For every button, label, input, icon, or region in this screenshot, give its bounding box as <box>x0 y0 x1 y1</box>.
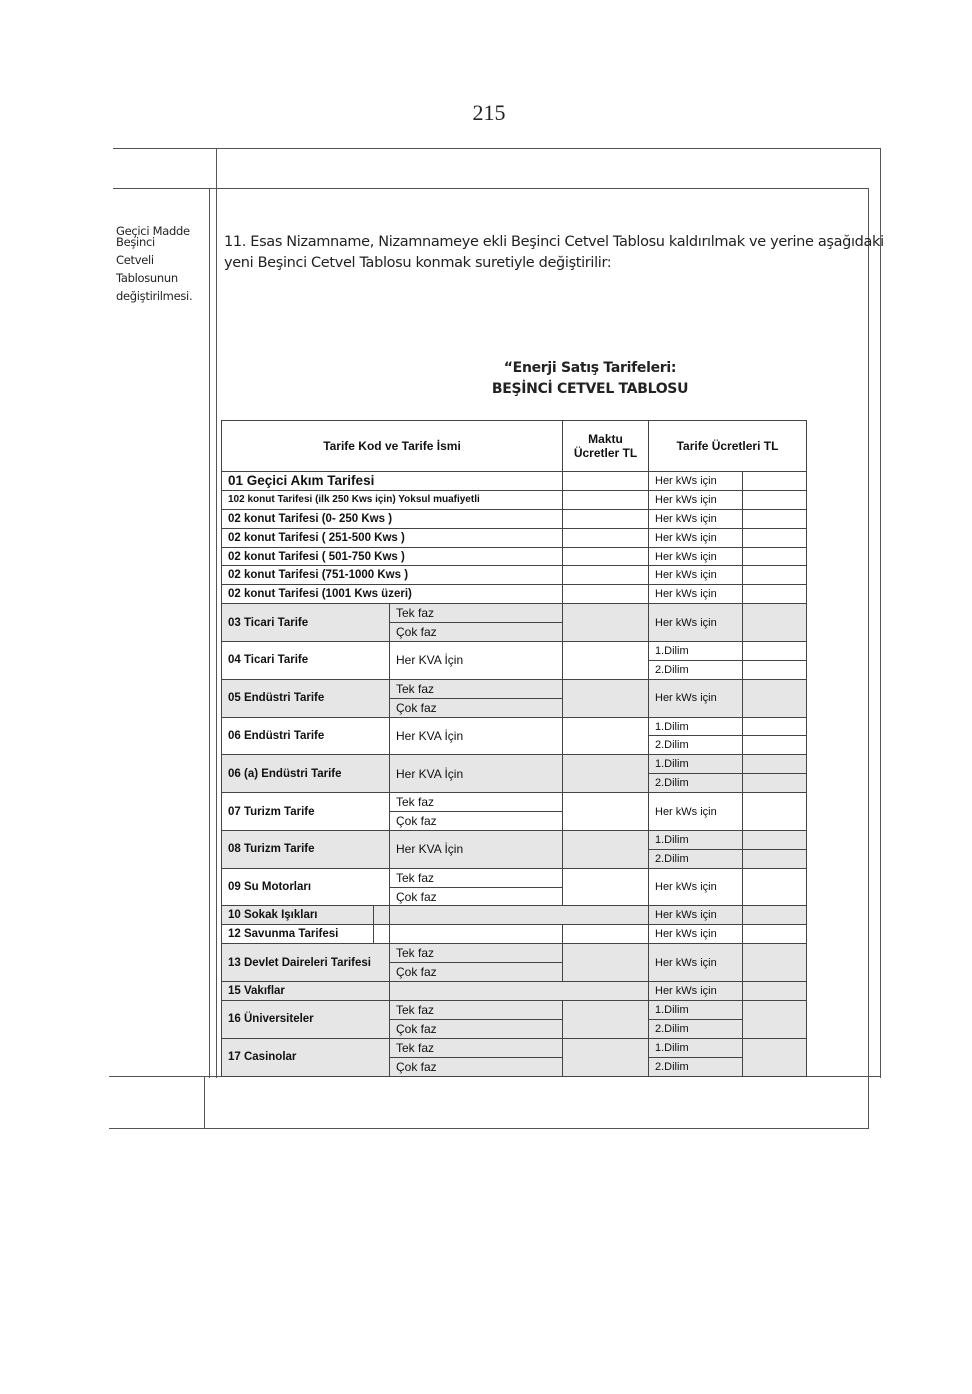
fixed-fee-cell <box>563 566 649 585</box>
empty-cell <box>390 925 563 944</box>
table-row: 03 Ticari Tarife Tek faz Her kWs için <box>222 604 807 623</box>
fee-value-cell <box>743 547 807 566</box>
fee-value-cell <box>743 906 807 925</box>
unit-label: Her kWs için <box>649 793 743 831</box>
fee-value-cell <box>743 849 807 868</box>
unit-label: Her kWs için <box>649 528 743 547</box>
unit-label: Her kWs için <box>649 982 743 1001</box>
phase-label: Çok faz <box>390 812 563 831</box>
tariff-name: 17 Casinolar <box>222 1038 390 1076</box>
phase-label: Çok faz <box>390 698 563 717</box>
unit-label: Her kWs için <box>649 472 743 491</box>
phase-label: Çok faz <box>390 963 563 982</box>
table-row: 06 Endüstri Tarife Her KVA İçin 1.Dilim <box>222 717 807 736</box>
phase-label: Tek faz <box>390 793 563 812</box>
per-kva-label: Her KVA İçin <box>390 642 563 680</box>
table-row: 04 Ticari Tarife Her KVA İçin 1.Dilim <box>222 642 807 661</box>
fee-value-cell <box>743 793 807 831</box>
frame-line-second <box>113 188 869 189</box>
table-row: 15 Vakıflar Her kWs için <box>222 982 807 1001</box>
phase-label: Tek faz <box>390 944 563 963</box>
tier-label: 2.Dilim <box>649 736 743 755</box>
phase-label: Tek faz <box>390 679 563 698</box>
fixed-fee-cell <box>563 1000 649 1038</box>
tier-label: 1.Dilim <box>649 1038 743 1057</box>
tariff-name: 16 Üniversiteler <box>222 1000 390 1038</box>
fee-value-cell <box>743 717 807 736</box>
fee-value-cell <box>743 585 807 604</box>
fixed-fee-cell <box>563 755 649 793</box>
tariff-name: 01 Geçici Akım Tarifesi <box>222 472 563 491</box>
empty-cell <box>374 906 390 925</box>
fixed-fee-cell <box>563 925 649 944</box>
tariff-name: 15 Vakıflar <box>222 982 390 1001</box>
frame-line-left-inner <box>209 188 210 1078</box>
fee-value-cell <box>743 982 807 1001</box>
fee-value-cell <box>743 925 807 944</box>
fixed-fee-cell <box>563 944 649 982</box>
phase-label: Çok faz <box>390 887 563 906</box>
margin-note-line: Cetveli <box>116 253 206 268</box>
phase-label: Tek faz <box>390 868 563 887</box>
tier-label: 2.Dilim <box>649 1057 743 1076</box>
table-header-row: Tarife Kod ve Tarife İsmi Maktu Ücretler… <box>222 421 807 472</box>
fee-value-cell <box>743 604 807 642</box>
fixed-fee-cell <box>563 509 649 528</box>
unit-label: Her kWs için <box>649 944 743 982</box>
tier-label: 1.Dilim <box>649 1000 743 1019</box>
frame-line-bottom <box>109 1128 869 1129</box>
fee-value-cell <box>743 736 807 755</box>
tariff-name: 04 Ticari Tarife <box>222 642 390 680</box>
unit-label: Her kWs için <box>649 490 743 509</box>
unit-label: Her kWs için <box>649 925 743 944</box>
unit-label: Her kWs için <box>649 906 743 925</box>
table-row: 05 Endüstri Tarife Tek faz Her kWs için <box>222 679 807 698</box>
fixed-fee-cell <box>563 472 649 491</box>
header-tariff-fees: Tarife Ücretleri TL <box>649 421 807 472</box>
unit-label: Her kWs için <box>649 604 743 642</box>
fixed-fee-cell <box>390 982 649 1001</box>
tariff-name: 07 Turizm Tarife <box>222 793 390 831</box>
per-kva-label: Her KVA İçin <box>390 830 563 868</box>
fixed-fee-cell <box>563 868 649 906</box>
tier-label: 1.Dilim <box>649 830 743 849</box>
fee-value-cell <box>743 830 807 849</box>
fee-value-cell <box>743 868 807 906</box>
table-row: 02 konut Tarifesi (0- 250 Kws ) Her kWs … <box>222 509 807 528</box>
fee-value-cell <box>743 1000 807 1038</box>
unit-label: Her kWs için <box>649 509 743 528</box>
frame-line-top <box>113 148 881 149</box>
fixed-fee-cell <box>563 793 649 831</box>
tariff-name: 102 konut Tarifesi (ilk 250 Kws için) Yo… <box>222 490 563 509</box>
phase-label: Tek faz <box>390 1038 563 1057</box>
tariff-name: 13 Devlet Daireleri Tarifesi <box>222 944 390 982</box>
unit-label: Her kWs için <box>649 585 743 604</box>
per-kva-label: Her KVA İçin <box>390 755 563 793</box>
fee-value-cell <box>743 774 807 793</box>
fixed-fee-cell <box>563 642 649 680</box>
table-row: 12 Savunma Tarifesi Her kWs için <box>222 925 807 944</box>
table-row: 10 Sokak Işıkları Her kWs için <box>222 906 807 925</box>
unit-label: Her kWs için <box>649 566 743 585</box>
fixed-fee-cell <box>563 1038 649 1076</box>
empty-cell <box>374 925 390 944</box>
fixed-fee-cell <box>563 604 649 642</box>
tariff-name: 09 Su Motorları <box>222 868 390 906</box>
margin-note: Geçici Madde Beşinci Cetveli Tablosunun … <box>116 224 206 304</box>
table-row: 02 konut Tarifesi ( 251-500 Kws ) Her kW… <box>222 528 807 547</box>
phase-label: Çok faz <box>390 1019 563 1038</box>
fixed-fee-cell <box>390 906 649 925</box>
fee-value-cell <box>743 660 807 679</box>
fixed-fee-cell <box>563 585 649 604</box>
page-number: 215 <box>0 100 972 126</box>
margin-note-line: değiştirilmesi. <box>116 289 206 304</box>
tariff-name: 02 konut Tarifesi (751-1000 Kws ) <box>222 566 563 585</box>
table-row: 01 Geçici Akım Tarifesi Her kWs için <box>222 472 807 491</box>
table-row: 17 Casinolar Tek faz 1.Dilim <box>222 1038 807 1057</box>
tier-label: 2.Dilim <box>649 774 743 793</box>
tier-label: 2.Dilim <box>649 1019 743 1038</box>
tier-label: 1.Dilim <box>649 755 743 774</box>
table-row: 102 konut Tarifesi (ilk 250 Kws için) Yo… <box>222 490 807 509</box>
per-kva-label: Her KVA İçin <box>390 717 563 755</box>
phase-label: Çok faz <box>390 623 563 642</box>
fee-value-cell <box>743 490 807 509</box>
tariff-name: 10 Sokak Işıkları <box>222 906 374 925</box>
fee-value-cell <box>743 755 807 774</box>
frame-line-left-bottom <box>204 1077 205 1128</box>
frame-line-right-inner <box>868 188 869 1128</box>
margin-note-line: Tablosunun <box>116 271 206 286</box>
tariff-name: 02 konut Tarifesi ( 251-500 Kws ) <box>222 528 563 547</box>
fixed-fee-cell <box>563 679 649 717</box>
header-fixed-fees: Maktu Ücretler TL <box>563 421 649 472</box>
frame-line-right-outer <box>880 148 881 1078</box>
table-row: 02 konut Tarifesi ( 501-750 Kws ) Her kW… <box>222 547 807 566</box>
table-row: 16 Üniversiteler Tek faz 1.Dilim <box>222 1000 807 1019</box>
table-row: 13 Devlet Daireleri Tarifesi Tek faz Her… <box>222 944 807 963</box>
fixed-fee-cell <box>563 528 649 547</box>
table-row: 06 (a) Endüstri Tarife Her KVA İçin 1.Di… <box>222 755 807 774</box>
unit-label: Her kWs için <box>649 679 743 717</box>
tariff-name: 06 Endüstri Tarife <box>222 717 390 755</box>
tier-label: 1.Dilim <box>649 717 743 736</box>
fee-value-cell <box>743 566 807 585</box>
fixed-fee-cell <box>563 547 649 566</box>
fixed-fee-cell <box>563 490 649 509</box>
table-title-line2: BEŞİNCİ CETVEL TABLOSU <box>380 381 800 397</box>
article-paragraph: 11. Esas Nizamname, Nizamnameye ekli Beş… <box>224 232 884 274</box>
unit-label: Her kWs için <box>649 868 743 906</box>
unit-label: Her kWs için <box>649 547 743 566</box>
phase-label: Çok faz <box>390 1057 563 1076</box>
tariff-name: 02 konut Tarifesi (1001 Kws üzeri) <box>222 585 563 604</box>
fee-value-cell <box>743 642 807 661</box>
fee-value-cell <box>743 509 807 528</box>
tier-label: 2.Dilim <box>649 849 743 868</box>
tariff-name: 02 konut Tarifesi ( 501-750 Kws ) <box>222 547 563 566</box>
table-row: 09 Su Motorları Tek faz Her kWs için <box>222 868 807 887</box>
table-title-line1: “Enerji Satış Tarifeleri: <box>380 360 800 376</box>
frame-line-left-main <box>216 148 217 1078</box>
tariff-table: Tarife Kod ve Tarife İsmi Maktu Ücretler… <box>221 420 807 1077</box>
tariff-name: 03 Ticari Tarife <box>222 604 390 642</box>
phase-label: Tek faz <box>390 604 563 623</box>
table-row: 02 konut Tarifesi (1001 Kws üzeri) Her k… <box>222 585 807 604</box>
tariff-name: 12 Savunma Tarifesi <box>222 925 374 944</box>
fixed-fee-cell <box>563 830 649 868</box>
fee-value-cell <box>743 679 807 717</box>
tariff-name: 02 konut Tarifesi (0- 250 Kws ) <box>222 509 563 528</box>
tariff-name: 05 Endüstri Tarife <box>222 679 390 717</box>
tier-label: 2.Dilim <box>649 660 743 679</box>
tariff-name: 08 Turizm Tarife <box>222 830 390 868</box>
table-row: 02 konut Tarifesi (751-1000 Kws ) Her kW… <box>222 566 807 585</box>
table-row: 08 Turizm Tarife Her KVA İçin 1.Dilim <box>222 830 807 849</box>
table-row: 07 Turizm Tarife Tek faz Her kWs için <box>222 793 807 812</box>
phase-label: Tek faz <box>390 1000 563 1019</box>
tariff-name: 06 (a) Endüstri Tarife <box>222 755 390 793</box>
fee-value-cell <box>743 528 807 547</box>
fee-value-cell <box>743 1038 807 1076</box>
fee-value-cell <box>743 944 807 982</box>
header-tariff-name: Tarife Kod ve Tarife İsmi <box>222 421 563 472</box>
tier-label: 1.Dilim <box>649 642 743 661</box>
fee-value-cell <box>743 472 807 491</box>
fixed-fee-cell <box>563 717 649 755</box>
